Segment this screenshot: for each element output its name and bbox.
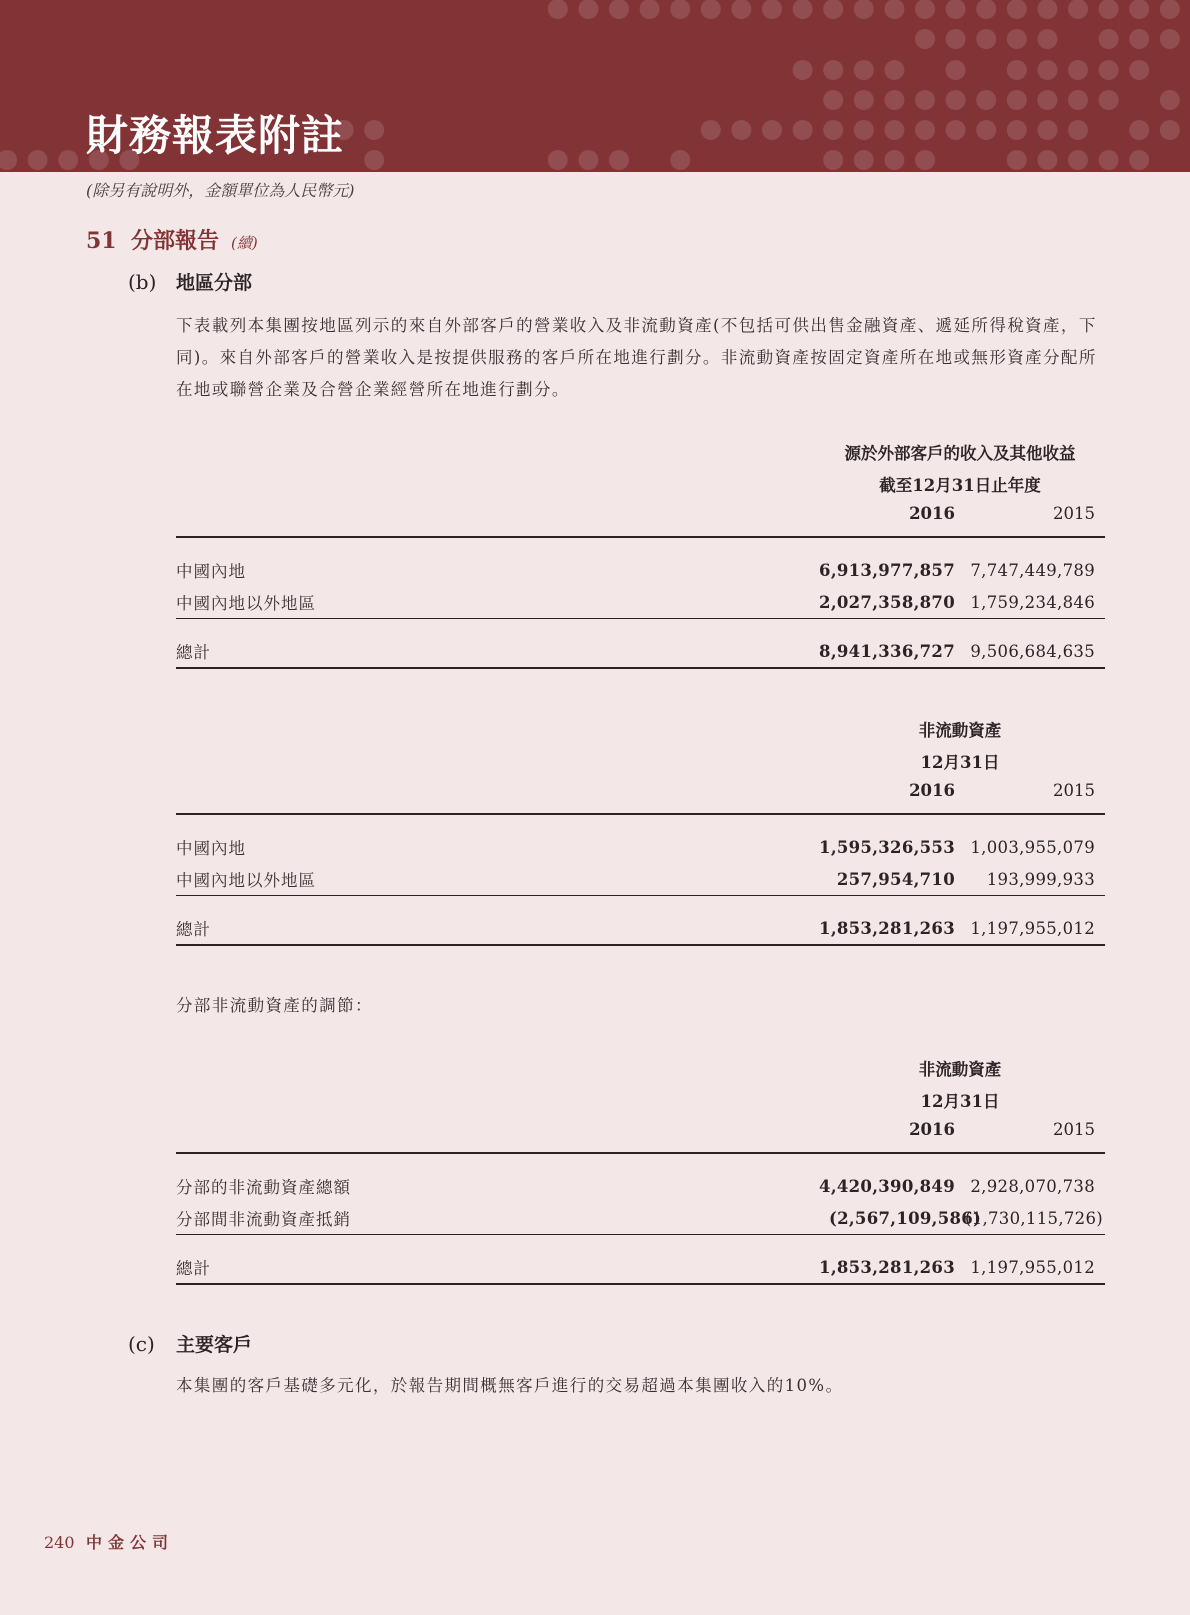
table-row: 中國內地以外地區 257,954,710 193,999,933 [176, 863, 1105, 895]
geographic-segment-description: 下表載列本集團按地區列示的來自外部客戶的營業收入及非流動資產(不包括可供出售金融… [176, 310, 1106, 406]
subsection-title: 主要客戶 [176, 1330, 252, 1357]
column-year-2015: 2015 [955, 504, 1095, 523]
table-header: 非流動資產 12月31日 2016 2015 [176, 1048, 1105, 1152]
noncurrent-assets-by-region-table: 非流動資產 12月31日 2016 2015 中國內地 1,595,326,55… [176, 709, 1105, 946]
reconciliation-intro: 分部非流動資產的調節： [176, 990, 1106, 1022]
total-rule [176, 1283, 1105, 1285]
subsection-letter: (b) [128, 270, 176, 294]
column-group-title: 非流動資產 [815, 1056, 1105, 1080]
revenue-by-region-table: 源於外部客戶的收入及其他收益 截至12月31日止年度 2016 2015 中國內… [176, 432, 1105, 669]
page-footer: 240 中金公司 [44, 1530, 174, 1553]
column-group-period: 截至12月31日止年度 [815, 472, 1105, 496]
table-total-row: 總計 1,853,281,263 1,197,955,012 [176, 1251, 1105, 1283]
continued-label: (續) [231, 232, 258, 253]
page-header-banner: 財務報表附註 [0, 0, 1190, 172]
column-year-2016: 2016 [815, 1120, 955, 1139]
column-group-period: 12月31日 [815, 749, 1105, 773]
company-name: 中金公司 [86, 1530, 174, 1553]
page-title: 財務報表附註 [86, 108, 344, 164]
subsection-c-heading: (c) 主要客戶 [128, 1330, 252, 1357]
table-header: 源於外部客戶的收入及其他收益 截至12月31日止年度 2016 2015 [176, 432, 1105, 536]
table-row: 分部的非流動資產總額 4,420,390,849 2,928,070,738 [176, 1170, 1105, 1202]
currency-note: (除另有說明外，金額單位為人民幣元) [86, 178, 355, 201]
page-number: 240 [44, 1533, 86, 1552]
table-row: 中國內地 6,913,977,857 7,747,449,789 [176, 554, 1105, 586]
section-heading: 51 分部報告 (續) [86, 224, 258, 255]
column-year-2015: 2015 [955, 1120, 1095, 1139]
major-customers-description: 本集團的客戶基礎多元化，於報告期間概無客戶進行的交易超過本集團收入的10%。 [176, 1370, 1106, 1402]
column-group-title: 非流動資產 [815, 717, 1105, 741]
subsection-title: 地區分部 [176, 268, 252, 295]
column-group-period: 12月31日 [815, 1088, 1105, 1112]
section-title: 分部報告 [131, 224, 219, 255]
table-total-row: 總計 8,941,336,727 9,506,684,635 [176, 635, 1105, 667]
subsection-b-heading: (b) 地區分部 [128, 268, 252, 295]
subsection-letter: (c) [128, 1332, 176, 1356]
table-row: 中國內地以外地區 2,027,358,870 1,759,234,846 [176, 586, 1105, 618]
column-year-2016: 2016 [815, 504, 955, 523]
table-row: 中國內地 1,595,326,553 1,003,955,079 [176, 831, 1105, 863]
total-rule [176, 944, 1105, 946]
table-row: 分部間非流動資產抵銷 (2,567,109,586) (1,730,115,72… [176, 1202, 1105, 1234]
section-number: 51 [86, 228, 131, 254]
total-rule [176, 667, 1105, 669]
noncurrent-assets-reconciliation-table: 非流動資產 12月31日 2016 2015 分部的非流動資產總額 4,420,… [176, 1048, 1105, 1285]
column-group-title: 源於外部客戶的收入及其他收益 [815, 440, 1105, 464]
column-year-2016: 2016 [815, 781, 955, 800]
table-total-row: 總計 1,853,281,263 1,197,955,012 [176, 912, 1105, 944]
column-year-2015: 2015 [955, 781, 1095, 800]
table-header: 非流動資產 12月31日 2016 2015 [176, 709, 1105, 813]
